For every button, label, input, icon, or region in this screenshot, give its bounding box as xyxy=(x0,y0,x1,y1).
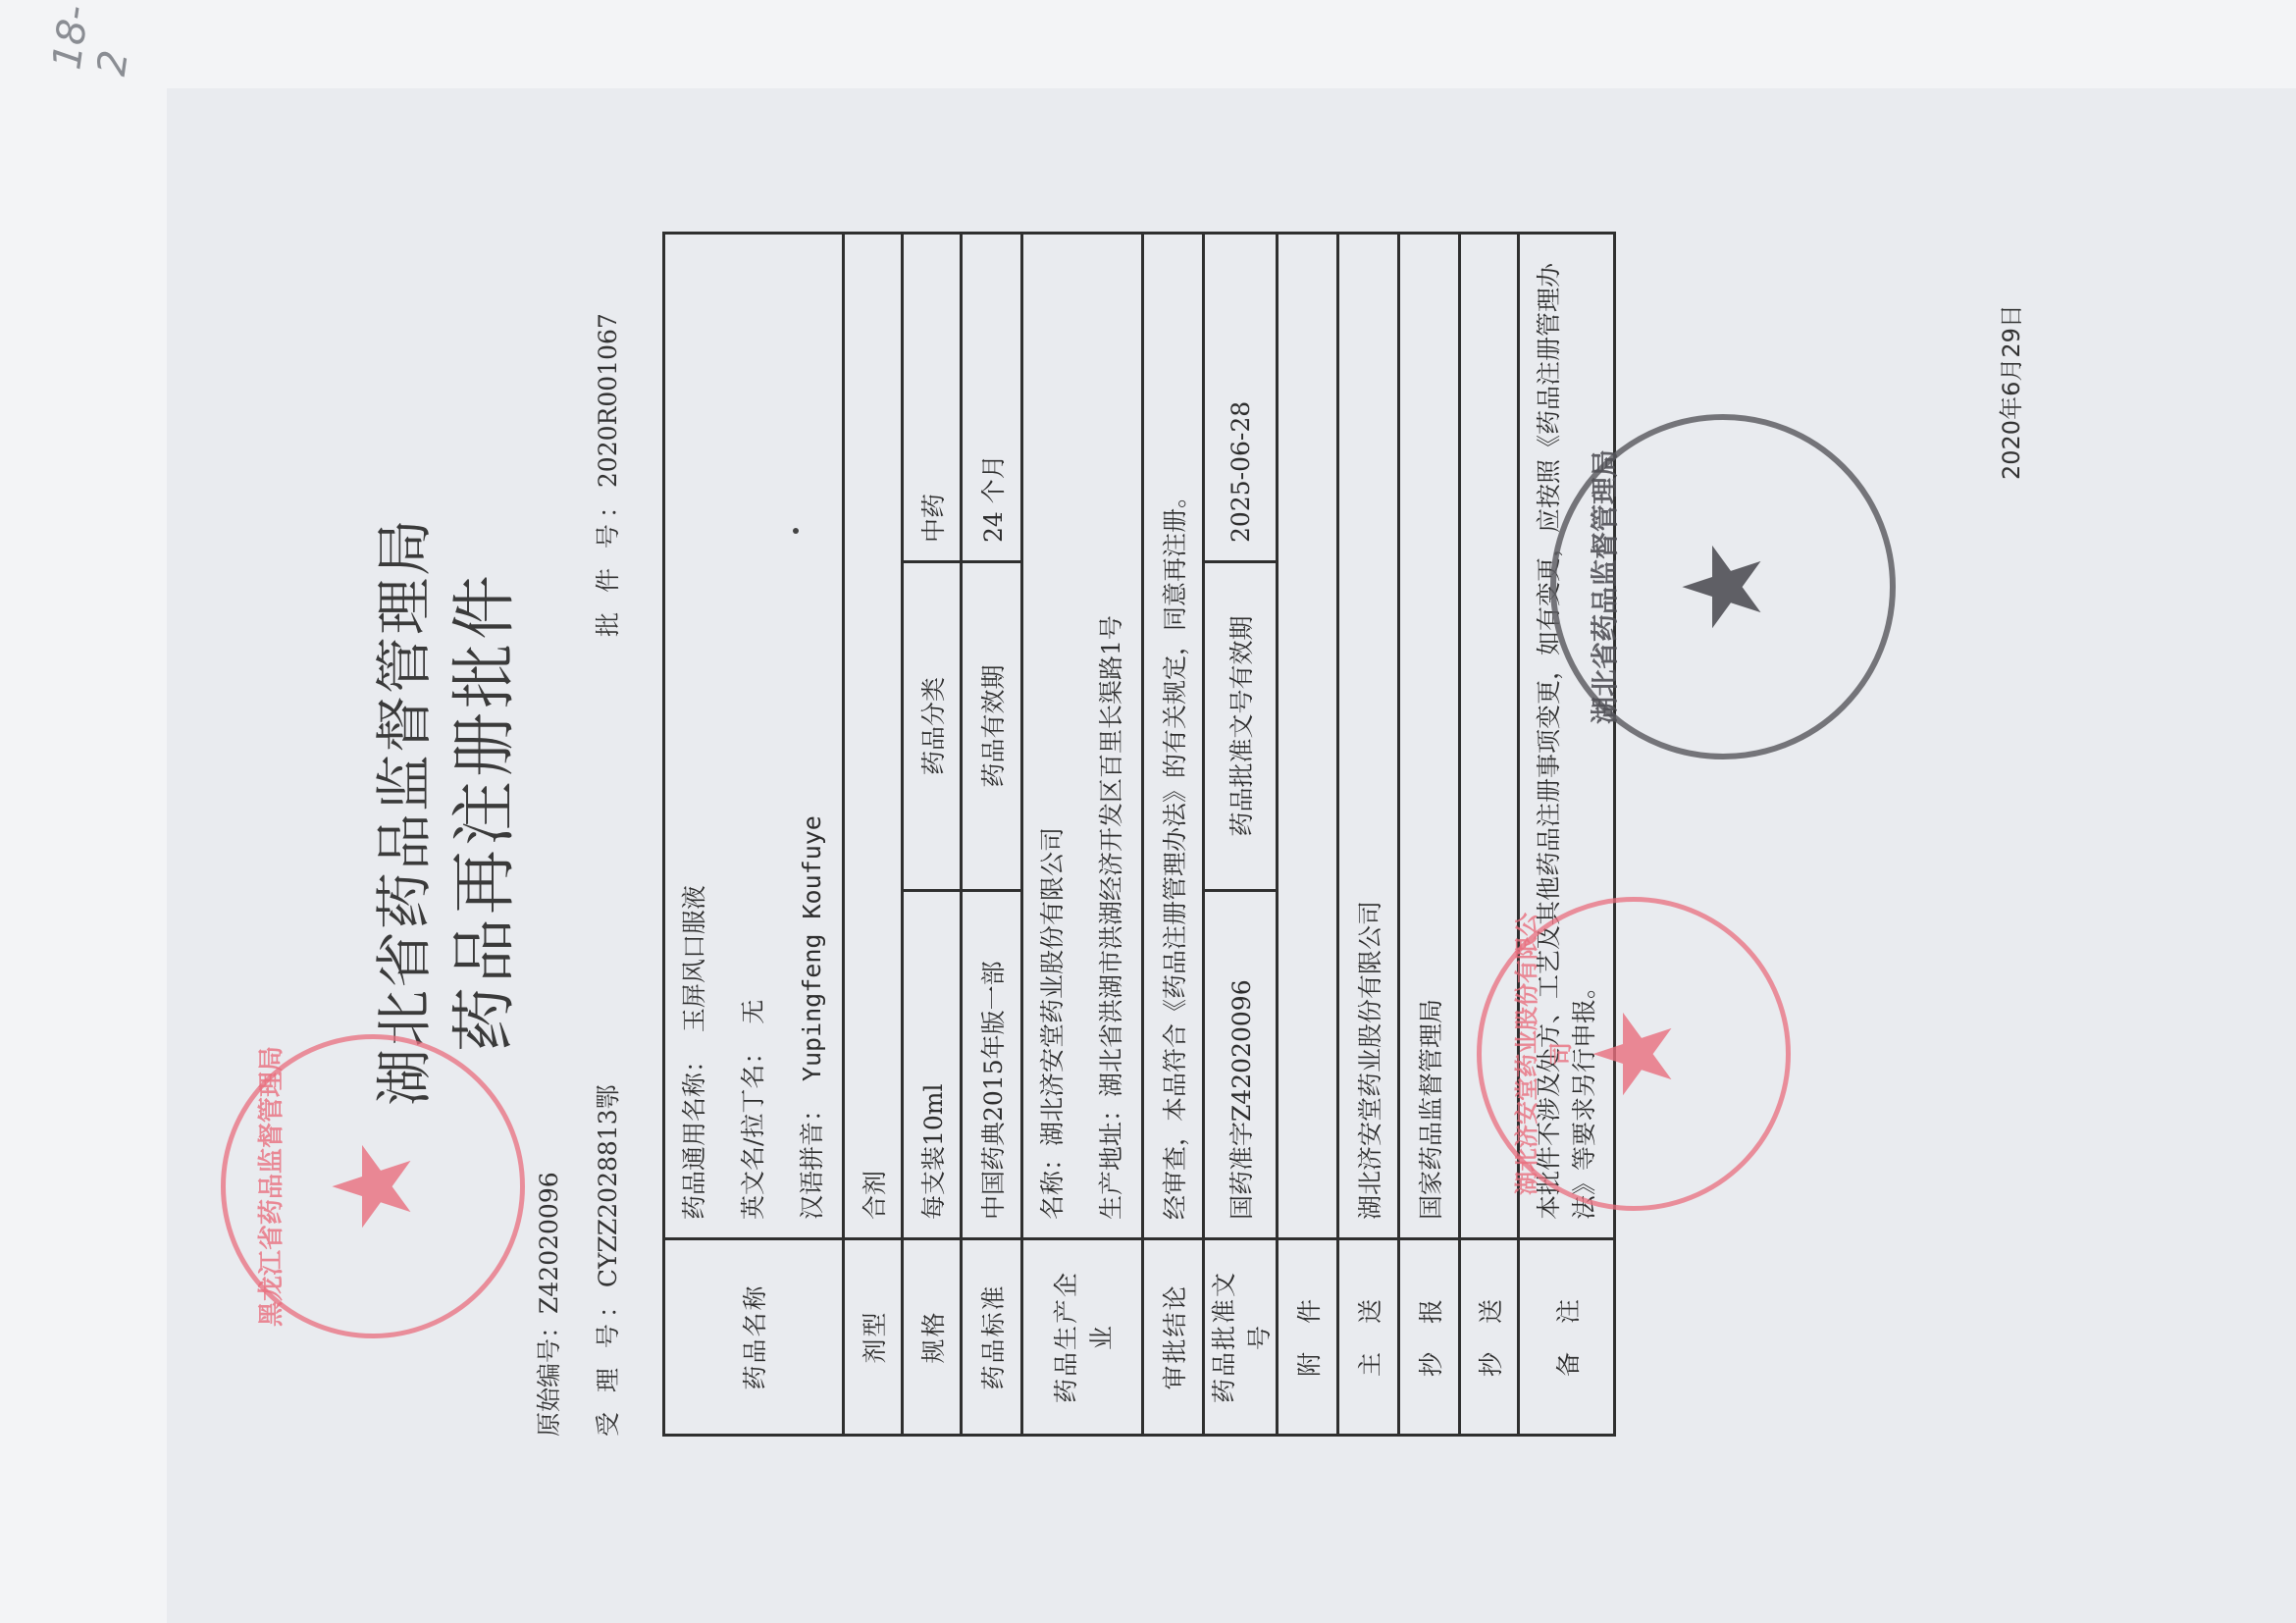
table-row-dosage-form: 剂型 合剂 xyxy=(844,233,903,1435)
value-shelf-life: 24 个月 xyxy=(962,233,1022,561)
original-number-label: 原始编号： xyxy=(535,1314,563,1437)
table-row-conclusion: 审批结论 经审查，本品符合《药品注册管理办法》的有关规定，同意再注册。 xyxy=(1143,233,1204,1435)
document-page: 18-2 湖北省药品监督管理局 药品再注册批件 原始编号：Z42020096 受… xyxy=(0,0,2296,1623)
value-cc-send xyxy=(1460,233,1519,1238)
label-conclusion: 审批结论 xyxy=(1143,1239,1204,1436)
value-manufacturer: 名称：湖北济安堂药业股份有限公司 生产地址：湖北省洪湖市洪湖经济开发区百里长渠路… xyxy=(1022,233,1143,1238)
generic-name-label: 药品通用名称： xyxy=(680,1048,708,1220)
registration-seal-text: 黑龙江省药品监督管理局 xyxy=(251,1039,287,1334)
ink-dot xyxy=(793,528,799,534)
label-specification: 规格 xyxy=(903,1239,962,1436)
label-approval-number: 药品批准文号 xyxy=(1204,1239,1278,1436)
original-number-value: Z42020096 xyxy=(535,1172,563,1314)
table-row-approval-number: 药品批准文号 国药准字Z42020096 药品批准文号有效期 2025-06-2… xyxy=(1204,233,1278,1435)
table-row-standard: 药品标准 中国药典2015年版一部 药品有效期 24 个月 xyxy=(962,233,1022,1435)
label-drug-standard: 药品标准 xyxy=(962,1239,1022,1436)
value-approval-validity: 2025-06-28 xyxy=(1204,233,1278,561)
pinyin: Yupingfeng Koufuye xyxy=(798,815,826,1081)
label-cc-report: 抄 报 xyxy=(1399,1239,1460,1436)
value-drug-standard: 中国药典2015年版一部 xyxy=(962,891,1022,1239)
table-row-attachment: 附 件 xyxy=(1278,233,1338,1435)
manufacturer-address-label: 生产地址： xyxy=(1097,1097,1125,1220)
approval-number-label: 批 件 号： xyxy=(594,488,622,637)
approval-number-value: 2020R001067 xyxy=(594,313,622,488)
value-main-recipient: 湖北济安堂药业股份有限公司 xyxy=(1338,233,1399,1238)
generic-name: 玉屏风口服液 xyxy=(680,885,708,1032)
value-drug-category: 中药 xyxy=(903,233,962,561)
label-drug-name: 药品名称 xyxy=(664,1239,844,1436)
value-dosage-form: 合剂 xyxy=(844,233,903,1238)
table-row-remarks: 备 注 本批件不涉及处方、工艺及其他药品注册事项变更，如有变更，应按照《药品注册… xyxy=(1519,233,1615,1435)
manufacturer-name: 湖北济安堂药业股份有限公司 xyxy=(1038,827,1067,1146)
value-drug-name: 药品通用名称： 玉屏风口服液 英文名/拉丁名： 无 汉语拼音： Yupingfe… xyxy=(664,233,844,1238)
document-title: 药品再注册批件 xyxy=(432,0,525,1623)
table-row-cc-send: 抄 送 xyxy=(1460,233,1519,1435)
issue-date: 2020年6月29日 xyxy=(1992,304,2026,480)
table-row-cc-report: 抄 报 国家药品监督管理局 xyxy=(1399,233,1460,1435)
label-approval-validity: 药品批准文号有效期 xyxy=(1204,562,1278,891)
acceptance-number: 受 理 号：CYZZ2028813鄂 xyxy=(589,1084,624,1437)
label-shelf-life: 药品有效期 xyxy=(962,562,1022,891)
value-attachment xyxy=(1278,233,1338,1238)
english-name-label: 英文名/拉丁名： xyxy=(739,1040,767,1220)
acceptance-number-value: CYZZ2028813鄂 xyxy=(594,1084,622,1287)
label-attachment: 附 件 xyxy=(1278,1239,1338,1436)
label-cc-send: 抄 送 xyxy=(1460,1239,1519,1436)
label-drug-category: 药品分类 xyxy=(903,562,962,891)
value-approval-number: 国药准字Z42020096 xyxy=(1204,891,1278,1239)
original-number: 原始编号：Z42020096 xyxy=(530,1172,565,1437)
manufacturer-name-label: 名称： xyxy=(1038,1146,1067,1220)
star-icon: ★ xyxy=(1669,539,1777,636)
value-specification: 每支装10ml xyxy=(903,891,962,1239)
table-row-manufacturer: 药品生产企业 名称：湖北济安堂药业股份有限公司 生产地址：湖北省洪湖市洪湖经济开… xyxy=(1022,233,1143,1435)
manufacturer-address: 湖北省洪湖市洪湖经济开发区百里长渠路1号 xyxy=(1097,615,1125,1097)
label-dosage-form: 剂型 xyxy=(844,1239,903,1436)
english-name: 无 xyxy=(739,1000,767,1024)
handwritten-note: 18-2 xyxy=(44,0,143,79)
table-row-drug-name: 药品名称 药品通用名称： 玉屏风口服液 英文名/拉丁名： 无 汉语拼音： Yup… xyxy=(664,233,844,1435)
label-main-recipient: 主 送 xyxy=(1338,1239,1399,1436)
label-manufacturer: 药品生产企业 xyxy=(1022,1239,1143,1436)
issuer-heading: 湖北省药品监督管理局 xyxy=(358,0,441,1623)
registration-form-table: 药品名称 药品通用名称： 玉屏风口服液 英文名/拉丁名： 无 汉语拼音： Yup… xyxy=(662,232,1616,1437)
acceptance-number-label: 受 理 号： xyxy=(594,1287,622,1437)
pinyin-label: 汉语拼音： xyxy=(798,1097,826,1220)
value-cc-report: 国家药品监督管理局 xyxy=(1399,233,1460,1238)
value-conclusion: 经审查，本品符合《药品注册管理办法》的有关规定，同意再注册。 xyxy=(1143,233,1204,1238)
value-remarks: 本批件不涉及处方、工艺及其他药品注册事项变更，如有变更，应按照《药品注册管理办法… xyxy=(1519,233,1615,1238)
approval-number: 批 件 号：2020R001067 xyxy=(589,313,624,637)
label-remarks: 备 注 xyxy=(1519,1239,1615,1436)
table-row-main-recipient: 主 送 湖北济安堂药业股份有限公司 xyxy=(1338,233,1399,1435)
table-row-specification: 规格 每支装10ml 药品分类 中药 xyxy=(903,233,962,1435)
